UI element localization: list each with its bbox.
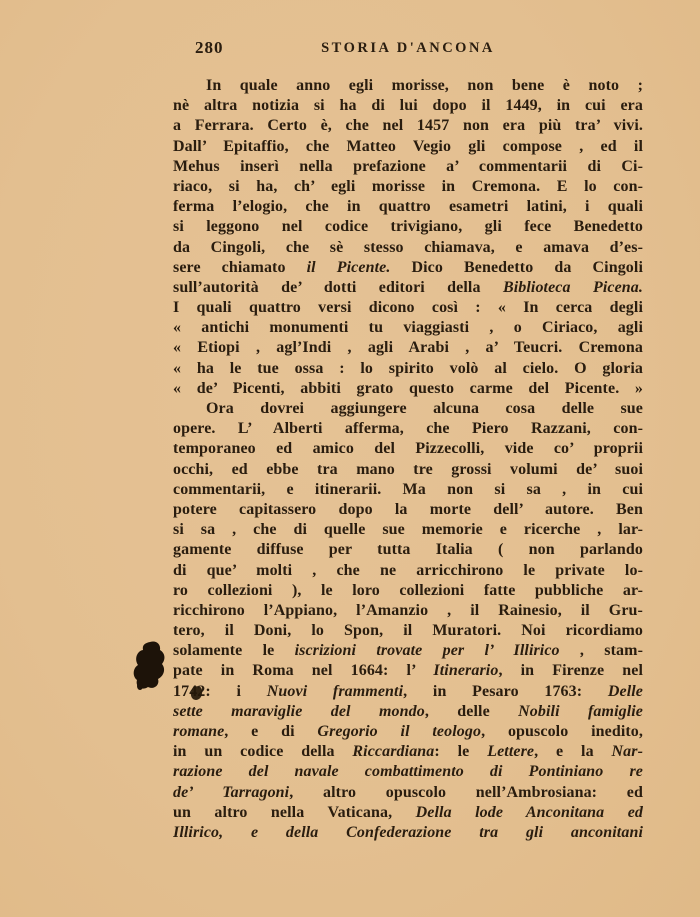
italic-text: razione del navale combattimento di Pont… (173, 763, 643, 780)
body-text: sere chiamato (173, 259, 307, 276)
italic-text: Nobili famiglie (518, 703, 643, 720)
text-line: in un codice della Riccardiana: le Lette… (173, 742, 643, 762)
text-line: potere capitassero dopo la morte dell’ a… (173, 500, 643, 520)
body-text: , in Firenze nel (498, 662, 643, 679)
italic-text: Delle (608, 683, 643, 700)
body-text: riaco, si ha, ch’ egli morisse in Cremon… (173, 178, 643, 195)
page-header: 280 STORIA D'ANCONA (173, 38, 643, 60)
text-line: si leggono nel codice trivigiano, gli fe… (173, 217, 643, 237)
text-line: tero, il Doni, lo Spon, il Muratori. Noi… (173, 621, 643, 641)
text-line: de’ Tarragoni, altro opuscolo nell’Ambro… (173, 783, 643, 803)
body-text: « ha le tue ossa : lo spirito volò al ci… (173, 360, 643, 377)
text-line: sull’autorità de’ dotti editori della Bi… (173, 278, 643, 298)
body-text: a Ferrara. Certo è, che nel 1457 non era… (173, 117, 643, 134)
text-line: « Etiopi , agl’Indi , agli Arabi , a’ Te… (173, 338, 643, 358)
text-line: di que’ molti , che ne arricchirono le p… (173, 561, 643, 581)
body-text: « antichi monumenti tu viaggiasti , o Ci… (173, 319, 643, 336)
body-text: Dall’ Epitaffio, che Matteo Vegio gli co… (173, 138, 643, 155)
text-line: Ora dovrei aggiungere alcuna cosa delle … (173, 399, 643, 419)
body-text: In quale anno egli morisse, non bene è n… (206, 77, 643, 94)
body-text: , altro opuscolo nell’Ambrosiana: ed (289, 784, 643, 801)
italic-text: Lettere (487, 743, 534, 760)
italic-text: Della lode Anconitana ed (416, 804, 643, 821)
text-line: si sa , che di quelle sue memorie e rice… (173, 520, 643, 540)
italic-text: Itinerario (433, 662, 498, 679)
body-text: I quali quattro versi dicono così : « In… (173, 299, 643, 316)
body-text: nè altra notizia si ha di lui dopo il 14… (173, 97, 643, 114)
text-line: ricchirono l’Appiano, l’Amanzio , il Rai… (173, 601, 643, 621)
ink-blot-icon (131, 640, 169, 692)
body-text: un altro nella Vaticana, (173, 804, 416, 821)
body-text: sull’autorità de’ dotti editori della (173, 279, 503, 296)
italic-text: Illirico, e della Confederazione tra gli… (173, 824, 643, 841)
body-text: ricchirono l’Appiano, l’Amanzio , il Rai… (173, 602, 643, 619)
body-text: occhi, ed ebbe tra mano tre grossi volum… (173, 461, 643, 478)
text-line: « ha le tue ossa : lo spirito volò al ci… (173, 359, 643, 379)
italic-text: sette maraviglie del mondo (173, 703, 425, 720)
text-line: Mehus inserì nella prefazione a’ comment… (173, 157, 643, 177)
text-line: pate in Roma nel 1664: l’ Itinerario, in… (173, 661, 643, 681)
body-text: pate in Roma nel 1664: l’ (173, 662, 433, 679)
body-text: 1742: i (173, 683, 267, 700)
italic-text: Riccardiana (352, 743, 434, 760)
text-line: sere chiamato il Picente. Dico Benedetto… (173, 258, 643, 278)
text-line: 1742: i Nuovi frammenti, in Pesaro 1763:… (173, 682, 643, 702)
italic-text: Gregorio il teologo (317, 723, 481, 740)
text-line: razione del navale combattimento di Pont… (173, 762, 643, 782)
body-text: si leggono nel codice trivigiano, gli fe… (173, 218, 643, 235)
body-text: « Etiopi , agl’Indi , agli Arabi , a’ Te… (173, 339, 643, 356)
italic-text: de’ Tarragoni (173, 784, 289, 801)
text-line: gamente diffuse per tutta Italia ( non p… (173, 540, 643, 560)
body-text: tero, il Doni, lo Spon, il Muratori. Noi… (173, 622, 643, 639)
body-text: da Cingoli, che sè stesso chiamava, e am… (173, 239, 643, 256)
body-text: in un codice della (173, 743, 352, 760)
body-text: opere. L’ Alberti afferma, che Piero Raz… (173, 420, 643, 437)
body-text: Ora dovrei aggiungere alcuna cosa delle … (206, 400, 643, 417)
text-line: solamente le iscrizioni trovate per l’ I… (173, 641, 643, 661)
text-line: temporaneo ed amico del Pizzecolli, vide… (173, 439, 643, 459)
body-text: « de’ Picenti, abbiti grato questo carme… (173, 380, 643, 397)
body-text: , e la (534, 743, 611, 760)
italic-text: il Picente. (307, 259, 391, 276)
text-line: ferma l’elogio, che in quattro esametri … (173, 197, 643, 217)
body-text: temporaneo ed amico del Pizzecolli, vide… (173, 440, 643, 457)
text-line: « antichi monumenti tu viaggiasti , o Ci… (173, 318, 643, 338)
body-text: , opuscolo inedito, (481, 723, 643, 740)
body-text: commentarii, e itinerarii. Ma non si sa … (173, 481, 643, 498)
text-line: romane, e di Gregorio il teologo, opusco… (173, 722, 643, 742)
text-line: commentarii, e itinerarii. Ma non si sa … (173, 480, 643, 500)
text-line: Illirico, e della Confederazione tra gli… (173, 823, 643, 843)
italic-text: Nuovi frammenti (267, 683, 403, 700)
body-text: Mehus inserì nella prefazione a’ comment… (173, 158, 643, 175)
text-line: « de’ Picenti, abbiti grato questo carme… (173, 379, 643, 399)
body-text: ro collezioni ), le loro collezioni fatt… (173, 582, 643, 599)
body-text: Dico Benedetto da Cingoli (390, 259, 643, 276)
body-text: , delle (425, 703, 518, 720)
text-block: In quale anno egli morisse, non bene è n… (173, 76, 643, 843)
body-text: , in Pesaro 1763: (403, 683, 608, 700)
body-text: di que’ molti , che ne arricchirono le p… (173, 562, 643, 579)
body-text: , e di (224, 723, 317, 740)
text-line: riaco, si ha, ch’ egli morisse in Cremon… (173, 177, 643, 197)
text-line: Dall’ Epitaffio, che Matteo Vegio gli co… (173, 137, 643, 157)
running-title: STORIA D'ANCONA (173, 40, 643, 57)
body-text: gamente diffuse per tutta Italia ( non p… (173, 541, 643, 558)
body-text: ferma l’elogio, che in quattro esametri … (173, 198, 643, 215)
body-text: : le (434, 743, 487, 760)
body-text: si sa , che di quelle sue memorie e rice… (173, 521, 643, 538)
text-line: ro collezioni ), le loro collezioni fatt… (173, 581, 643, 601)
book-page: 280 STORIA D'ANCONA In quale anno egli m… (0, 0, 700, 917)
text-line: da Cingoli, che sè stesso chiamava, e am… (173, 238, 643, 258)
italic-text: iscrizioni trovate per l’ Illirico (295, 642, 560, 659)
text-line: I quali quattro versi dicono così : « In… (173, 298, 643, 318)
text-line: a Ferrara. Certo è, che nel 1457 non era… (173, 116, 643, 136)
italic-text: Biblioteca Picena. (503, 279, 643, 296)
body-text: potere capitassero dopo la morte dell’ a… (173, 501, 643, 518)
body-text: solamente le (173, 642, 295, 659)
text-line: occhi, ed ebbe tra mano tre grossi volum… (173, 460, 643, 480)
text-line: sette maraviglie del mondo, delle Nobili… (173, 702, 643, 722)
body-text: , stam- (560, 642, 643, 659)
italic-text: Nar- (611, 743, 643, 760)
text-line: In quale anno egli morisse, non bene è n… (173, 76, 643, 96)
text-line: un altro nella Vaticana, Della lode Anco… (173, 803, 643, 823)
italic-text: romane (173, 723, 224, 740)
text-line: nè altra notizia si ha di lui dopo il 14… (173, 96, 643, 116)
text-line: opere. L’ Alberti afferma, che Piero Raz… (173, 419, 643, 439)
